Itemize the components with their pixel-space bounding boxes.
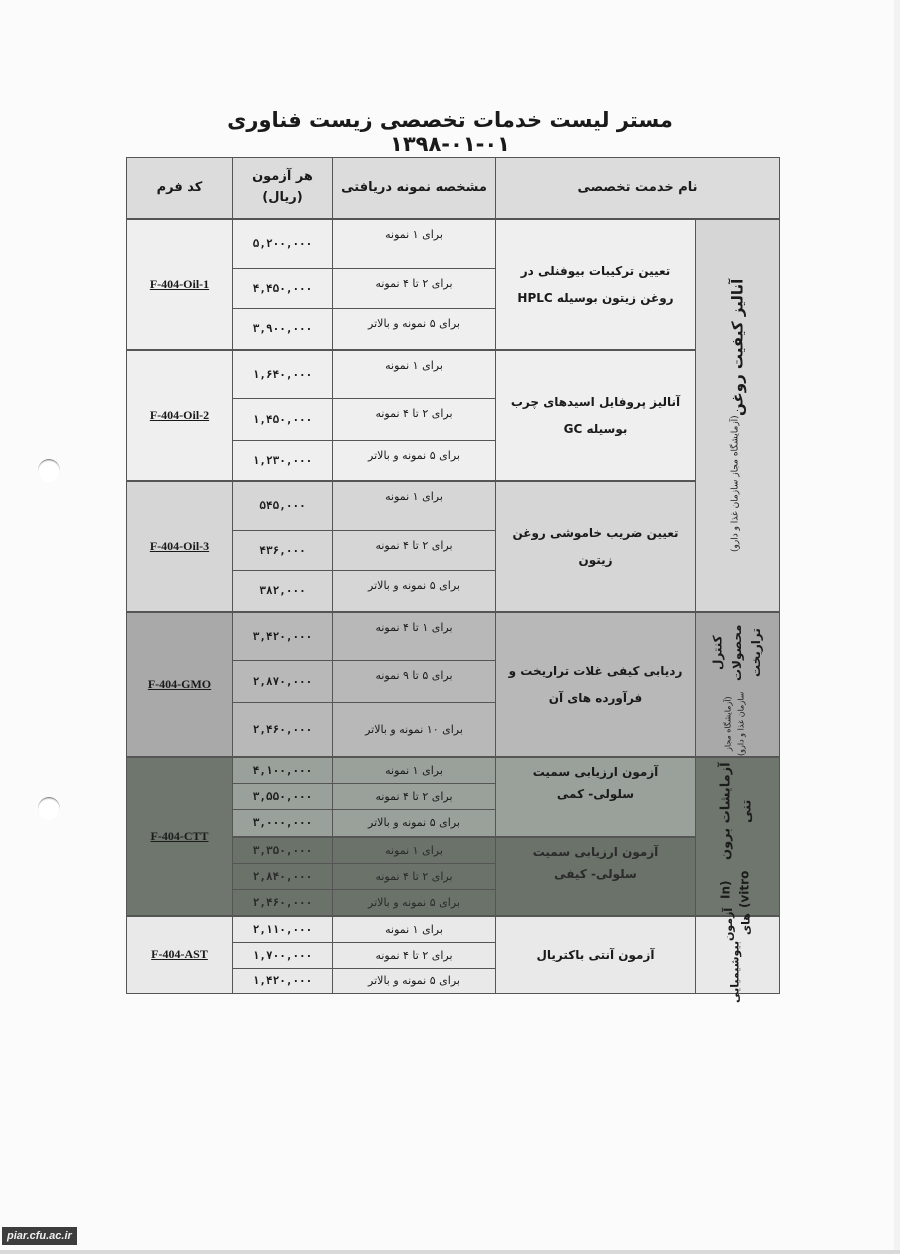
sample-spec: برای ۲ تا ۴ نمونه <box>332 268 496 309</box>
price: ۲,۴۶۰,۰۰۰ <box>232 702 333 757</box>
price: ۱,۲۳۰,۰۰۰ <box>232 440 333 481</box>
page-edge <box>894 0 900 1254</box>
sample-spec: برای ۱ نمونه <box>332 757 496 784</box>
price: ۱,۶۴۰,۰۰۰ <box>232 350 333 399</box>
price: ۴,۱۰۰,۰۰۰ <box>232 757 333 784</box>
form-code: F-404-Oil-2 <box>126 350 233 481</box>
category-subtitle: بیوشیمیایی <box>727 941 745 1003</box>
sample-spec: برای ۲ تا ۴ نمونه <box>332 398 496 441</box>
form-code: F-404-Oil-3 <box>126 481 233 612</box>
category-in-vitro: آزمایشات برون تنی (In vitro) <box>695 757 780 916</box>
form-code: F-404-Oil-1 <box>126 219 233 350</box>
sample-spec: برای ۱ نمونه <box>332 350 496 399</box>
category-title: کنترل محصولات تراریخت <box>709 613 767 692</box>
service-name: آزمون ارزیابی سمیت سلولی- کیفی <box>495 837 696 916</box>
price: ۲,۸۷۰,۰۰۰ <box>232 660 333 703</box>
category-subtitle: (آزمایشگاه مجاز سازمان غذا و دارو) <box>728 416 742 553</box>
punch-hole <box>38 459 60 482</box>
price: ۱,۴۵۰,۰۰۰ <box>232 398 333 441</box>
price: ۳,۵۵۰,۰۰۰ <box>232 783 333 810</box>
form-code: F-404-GMO <box>126 612 233 757</box>
price: ۱,۷۰۰,۰۰۰ <box>232 942 333 969</box>
category-biochemical: آزمون های بیوشیمیایی <box>695 916 780 994</box>
price: ۴,۴۵۰,۰۰۰ <box>232 268 333 309</box>
sample-spec: برای ۱ نمونه <box>332 916 496 943</box>
sample-spec: برای ۵ نمونه و بالاتر <box>332 889 496 916</box>
sample-spec: برای ۲ تا ۴ نمونه <box>332 530 496 571</box>
header-price: هر آزمون (ریال) <box>232 157 333 219</box>
price: ۳,۴۲۰,۰۰۰ <box>232 612 333 661</box>
service-name: آزمون آنتی باکتریال <box>495 916 696 994</box>
sample-spec: برای ۵ نمونه و بالاتر <box>332 968 496 994</box>
sample-spec: برای ۱۰ نمونه و بالاتر <box>332 702 496 757</box>
service-name: آزمون ارزیابی سمیت سلولی- کمی <box>495 757 696 837</box>
site-watermark: piar.cfu.ac.ir <box>2 1227 77 1245</box>
punch-hole <box>38 797 60 820</box>
price: ۵,۲۰۰,۰۰۰ <box>232 219 333 269</box>
price: ۱,۴۲۰,۰۰۰ <box>232 968 333 994</box>
service-name: تعیین ضریب خاموشی روغن زیتون <box>495 481 696 612</box>
category-subtitle: (آزمایشگاه مجاز سازمان غذا و دارو) <box>723 692 749 756</box>
sample-spec: برای ۱ نمونه <box>332 481 496 531</box>
sample-spec: برای ۱ نمونه <box>332 219 496 269</box>
header-service-name: نام خدمت تخصصی <box>495 157 780 219</box>
form-code: F-404-CTT <box>126 757 233 916</box>
sample-spec: برای ۵ نمونه و بالاتر <box>332 809 496 837</box>
price: ۲,۱۱۰,۰۰۰ <box>232 916 333 943</box>
price: ۴۳۶,۰۰۰ <box>232 530 333 571</box>
service-name: تعیین ترکیبات بیوفنلی در روغن زیتون بوسی… <box>495 219 696 350</box>
sample-spec: برای ۵ نمونه و بالاتر <box>332 440 496 481</box>
price: ۳,۹۰۰,۰۰۰ <box>232 308 333 350</box>
category-title: آزمون های <box>720 907 755 940</box>
page-edge-bottom <box>0 1250 900 1254</box>
sample-spec: برای ۵ نمونه و بالاتر <box>332 570 496 612</box>
sample-spec: برای ۱ نمونه <box>332 837 496 864</box>
document-title: مستر لیست خدمات تخصصی زیست فناوری ۰۱-۰۱-… <box>190 108 710 156</box>
header-form-code: کد فرم <box>126 157 233 219</box>
sample-spec: برای ۵ تا ۹ نمونه <box>332 660 496 703</box>
price: ۳,۰۰۰,۰۰۰ <box>232 809 333 837</box>
header-price-line1: هر آزمون <box>252 167 313 188</box>
price: ۳۸۲,۰۰۰ <box>232 570 333 612</box>
sample-spec: برای ۵ نمونه و بالاتر <box>332 308 496 350</box>
category-title: آنالیز کیفیت روغن <box>726 279 750 416</box>
header-price-line2: (ریال) <box>262 188 302 209</box>
sample-spec: برای ۲ تا ۴ نمونه <box>332 942 496 969</box>
sample-spec: برای ۲ تا ۴ نمونه <box>332 863 496 890</box>
sample-spec: برای ۱ تا ۴ نمونه <box>332 612 496 661</box>
category-title: آزمایشات برون تنی <box>717 758 759 864</box>
price: ۳,۳۵۰,۰۰۰ <box>232 837 333 864</box>
form-code: F-404-AST <box>126 916 233 994</box>
service-name: آنالیز پروفایل اسیدهای چرب بوسیله GC <box>495 350 696 481</box>
sample-spec: برای ۲ تا ۴ نمونه <box>332 783 496 810</box>
service-name: ردیابی کیفی غلات تراریخت و فرآورده های آ… <box>495 612 696 757</box>
category-oil-quality: آنالیز کیفیت روغن (آزمایشگاه مجاز سازمان… <box>695 219 780 612</box>
price: ۲,۴۶۰,۰۰۰ <box>232 889 333 916</box>
category-gmo-control: کنترل محصولات تراریخت (آزمایشگاه مجاز سا… <box>695 612 780 757</box>
price: ۵۴۵,۰۰۰ <box>232 481 333 531</box>
header-sample-spec: مشخصه نمونه دریافتی <box>332 157 496 219</box>
price: ۲,۸۴۰,۰۰۰ <box>232 863 333 890</box>
